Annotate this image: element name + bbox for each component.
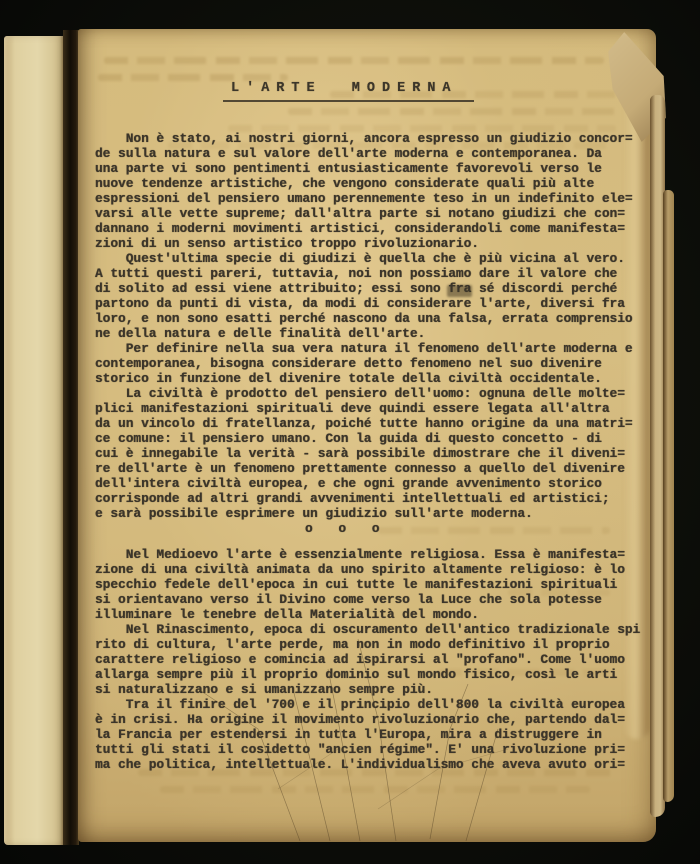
text-line: loro, e non sono esatti perché nascono d… bbox=[95, 311, 651, 326]
text-line: Nel Rinascimento, epoca di oscuramento d… bbox=[95, 622, 651, 637]
paragraph: Nel Rinascimento, epoca di oscuramento d… bbox=[95, 622, 651, 697]
bleed-through-mark bbox=[98, 74, 288, 81]
paragraph: Per definire nella sua vera natura il fe… bbox=[95, 341, 651, 386]
text-line: plici manifestazioni spirituali deve qui… bbox=[95, 401, 651, 416]
text-line: ne della natura e delle finalità dell'ar… bbox=[95, 326, 651, 341]
text-line: Quest'ultima specie di giudizi è quella … bbox=[95, 251, 651, 266]
text-line: nuove tendenze artistiche, che vengono c… bbox=[95, 176, 651, 191]
bleed-through-mark bbox=[160, 786, 590, 793]
paragraph: Nel Medioevo l'arte è essenzialmente rel… bbox=[95, 547, 651, 622]
text-line: di solito ad essi viene attribuito; essi… bbox=[95, 281, 651, 296]
text-line: specchio fedele dell'epoca in cui tutte … bbox=[95, 577, 651, 592]
text-line: si orientavano verso il Divino come vers… bbox=[95, 592, 651, 607]
text-line: illuminare le tenebre della Materialità … bbox=[95, 607, 651, 622]
paragraph: Non è stato, ai nostri giorni, ancora es… bbox=[95, 131, 651, 251]
text-line: Per definire nella sua vera natura il fe… bbox=[95, 341, 651, 356]
text-line: contemporanea, bisogna considerare detto… bbox=[95, 356, 651, 371]
text-line: carattere religioso e comincia ad ispira… bbox=[95, 652, 651, 667]
text-line: re dell'arte è un fenomeno prettamente c… bbox=[95, 461, 651, 476]
text-line: allarga sempre più il proprio dominio su… bbox=[95, 667, 651, 682]
text-line: Nel Medioevo l'arte è essenzialmente rel… bbox=[95, 547, 651, 562]
document-page: L'ARTE MODERNA Non è stato, ai nostri gi… bbox=[78, 29, 656, 842]
text-line: si naturalizzano e si umanizzano sempre … bbox=[95, 682, 651, 697]
text-line: partono da punti di vista, da modi di co… bbox=[95, 296, 651, 311]
paragraph: Tra il finire del '700 e il principio de… bbox=[95, 697, 651, 772]
text-line: de sulla natura e sul valore dell'arte m… bbox=[95, 146, 651, 161]
scanned-book-photo: L'ARTE MODERNA Non è stato, ai nostri gi… bbox=[0, 0, 700, 864]
text-line: rito di cultura, l'arte perde, ma non in… bbox=[95, 637, 651, 652]
text-line: espressioni del pensiero umano perenneme… bbox=[95, 191, 651, 206]
bleed-through-mark bbox=[288, 108, 616, 115]
page-title: L'ARTE MODERNA bbox=[223, 81, 474, 102]
section-separator: o o o bbox=[305, 521, 651, 536]
text-line: A tutti questi pareri, tuttavia, noi non… bbox=[95, 266, 651, 281]
text-line: ma che politica, intellettuale. L'indivi… bbox=[95, 757, 651, 772]
text-line: corrisponde ad altri grandi avvenimenti … bbox=[95, 491, 651, 506]
text-line: dell'intera civiltà europea, e che ogni … bbox=[95, 476, 651, 491]
paragraph: Quest'ultima specie di giudizi è quella … bbox=[95, 251, 651, 341]
text-line: da un vincolo di fratellanza, poiché tut… bbox=[95, 416, 651, 431]
paragraph: La civiltà è prodotto del pensiero dell'… bbox=[95, 386, 651, 521]
text-line: cui è innegabile la verità - sarà possib… bbox=[95, 446, 651, 461]
text-line: zione di una civiltà animata da uno spir… bbox=[95, 562, 651, 577]
text-line: storico in funzione del divenire totale … bbox=[95, 371, 651, 386]
facing-page-edge bbox=[4, 36, 65, 845]
typewritten-text: Non è stato, ai nostri giorni, ancora es… bbox=[95, 131, 651, 772]
text-line: Non è stato, ai nostri giorni, ancora es… bbox=[95, 131, 651, 146]
underlying-page-edge bbox=[663, 190, 674, 802]
text-line: la Francia per estendersi in tutta l'Eur… bbox=[95, 727, 651, 742]
text-line: varsi alle vette supreme; dall'altra par… bbox=[95, 206, 651, 221]
text-line: una parte vi sono pentimenti entusiastic… bbox=[95, 161, 651, 176]
text-line: dannano i moderni movimenti artistici, c… bbox=[95, 221, 651, 236]
text-line: ce comune: il pensiero umano. Con la gui… bbox=[95, 431, 651, 446]
text-line: è in crisi. Ha origine il movimento rivo… bbox=[95, 712, 651, 727]
text-line: e sarà possibile esprimere un giudizio s… bbox=[95, 506, 651, 521]
book-gutter bbox=[63, 30, 79, 845]
text-line: tutti gli stati il cosidetto "ancien rég… bbox=[95, 742, 651, 757]
text-line: zioni di un senso artistico troppo rivol… bbox=[95, 236, 651, 251]
bleed-through-mark bbox=[104, 57, 604, 64]
text-line: La civiltà è prodotto del pensiero dell'… bbox=[95, 386, 651, 401]
text-line: Tra il finire del '700 e il principio de… bbox=[95, 697, 651, 712]
